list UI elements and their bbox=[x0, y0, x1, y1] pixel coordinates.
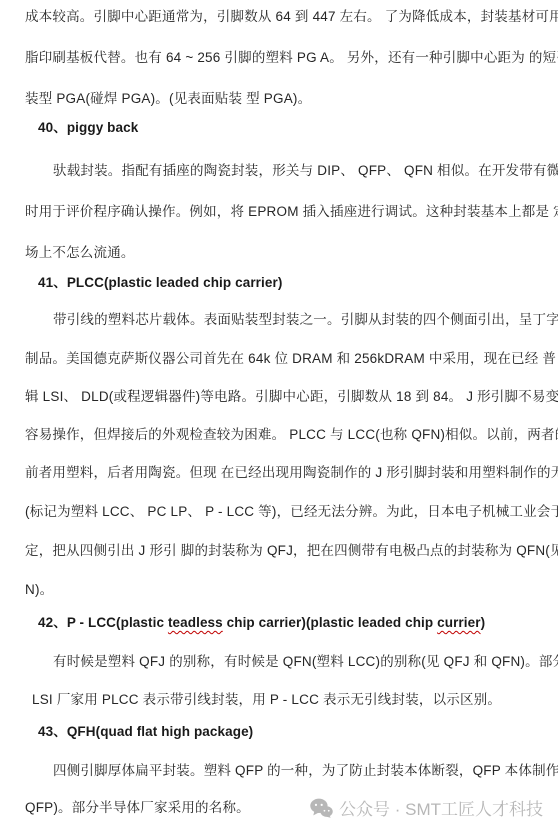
document-line: 辑 LSI、 DLD(或程逻辑器件)等电路。引脚中心距，引脚数从 18 到 84… bbox=[25, 388, 558, 406]
document-line: 场上不怎么流通。 bbox=[25, 244, 135, 262]
document-page: 成本较高。引脚中心距通常为，引脚数从 64 到 447 左右。 了为降低成本，封… bbox=[0, 0, 558, 831]
document-line: N)。 bbox=[25, 581, 53, 599]
heading-text-segment: ) bbox=[481, 615, 486, 630]
document-line: 容易操作，但焊接后的外观检查较为困难。 PLCC 与 LCC(也称 QFN)相似… bbox=[25, 426, 558, 444]
heading-text-segment: 42、P - LCC(plastic bbox=[38, 615, 168, 630]
document-line: 装型 PGA(碰焊 PGA)。(见表面贴装 型 PGA)。 bbox=[25, 90, 311, 108]
wechat-icon bbox=[310, 798, 333, 818]
heading-text-segment: chip carrier)(plastic leaded chip bbox=[223, 615, 437, 630]
paragraph-first-line: 带引线的塑料芯片载体。表面贴装型封装之一。引脚从封装的四个侧面引出，呈丁字形 ，… bbox=[53, 311, 558, 329]
document-line: 脂印刷基板代替。也有 64 ~ 256 引脚的塑料 PG A。 另外，还有一种引… bbox=[25, 49, 558, 67]
document-line: 定，把从四侧引出 J 形引 脚的封装称为 QFJ，把在四侧带有电极凸点的封装称为… bbox=[25, 542, 558, 560]
paragraph-first-line: 有时候是塑料 QFJ 的别称，有时候是 QFN(塑料 LCC)的别称(见 QFJ… bbox=[53, 653, 558, 671]
misspelled-word: currier bbox=[437, 615, 480, 630]
section-heading-40: 40、piggy back bbox=[38, 119, 138, 137]
document-line: 时用于评价程序确认操作。例如，将 EPROM 插入插座进行调试。这种封装基本上都… bbox=[25, 203, 558, 221]
document-line: LSI 厂家用 PLCC 表示带引线封装，用 P - LCC 表示无引线封装，以… bbox=[32, 691, 501, 709]
watermark-label: 公众号 · SMT工匠人才科技 bbox=[339, 795, 543, 820]
document-line: 前者用塑料，后者用陶瓷。但现 在已经出现用陶瓷制作的 J 形引脚封装和用塑料制作… bbox=[25, 464, 558, 482]
document-line: (标记为塑料 LCC、 PC LP、 P - LCC 等)，已经无法分辨。为此，… bbox=[25, 503, 558, 521]
section-heading-42: 42、P - LCC(plastic teadless chip carrier… bbox=[38, 614, 485, 632]
misspelled-word: teadless bbox=[168, 615, 223, 630]
document-line: QFP)。部分半导体厂家采用的名称。 bbox=[25, 799, 250, 817]
section-heading-41: 41、PLCC(plastic leaded chip carrier) bbox=[38, 274, 282, 292]
section-heading-43: 43、QFH(quad flat high package) bbox=[38, 723, 253, 741]
paragraph-first-line: 驮载封装。指配有插座的陶瓷封装，形关与 DIP、 QFP、 QFN 相似。在开发… bbox=[53, 162, 558, 180]
document-line: 制品。美国德克萨斯仪器公司首先在 64k 位 DRAM 和 256kDRAM 中… bbox=[25, 350, 558, 368]
document-line: 成本较高。引脚中心距通常为，引脚数从 64 到 447 左右。 了为降低成本，封… bbox=[25, 8, 558, 26]
paragraph-first-line: 四侧引脚厚体扁平封装。塑料 QFP 的一种，为了防止封装本体断裂，QFP 本体制… bbox=[53, 762, 558, 780]
watermark: 公众号 · SMT工匠人才科技 bbox=[310, 795, 543, 820]
